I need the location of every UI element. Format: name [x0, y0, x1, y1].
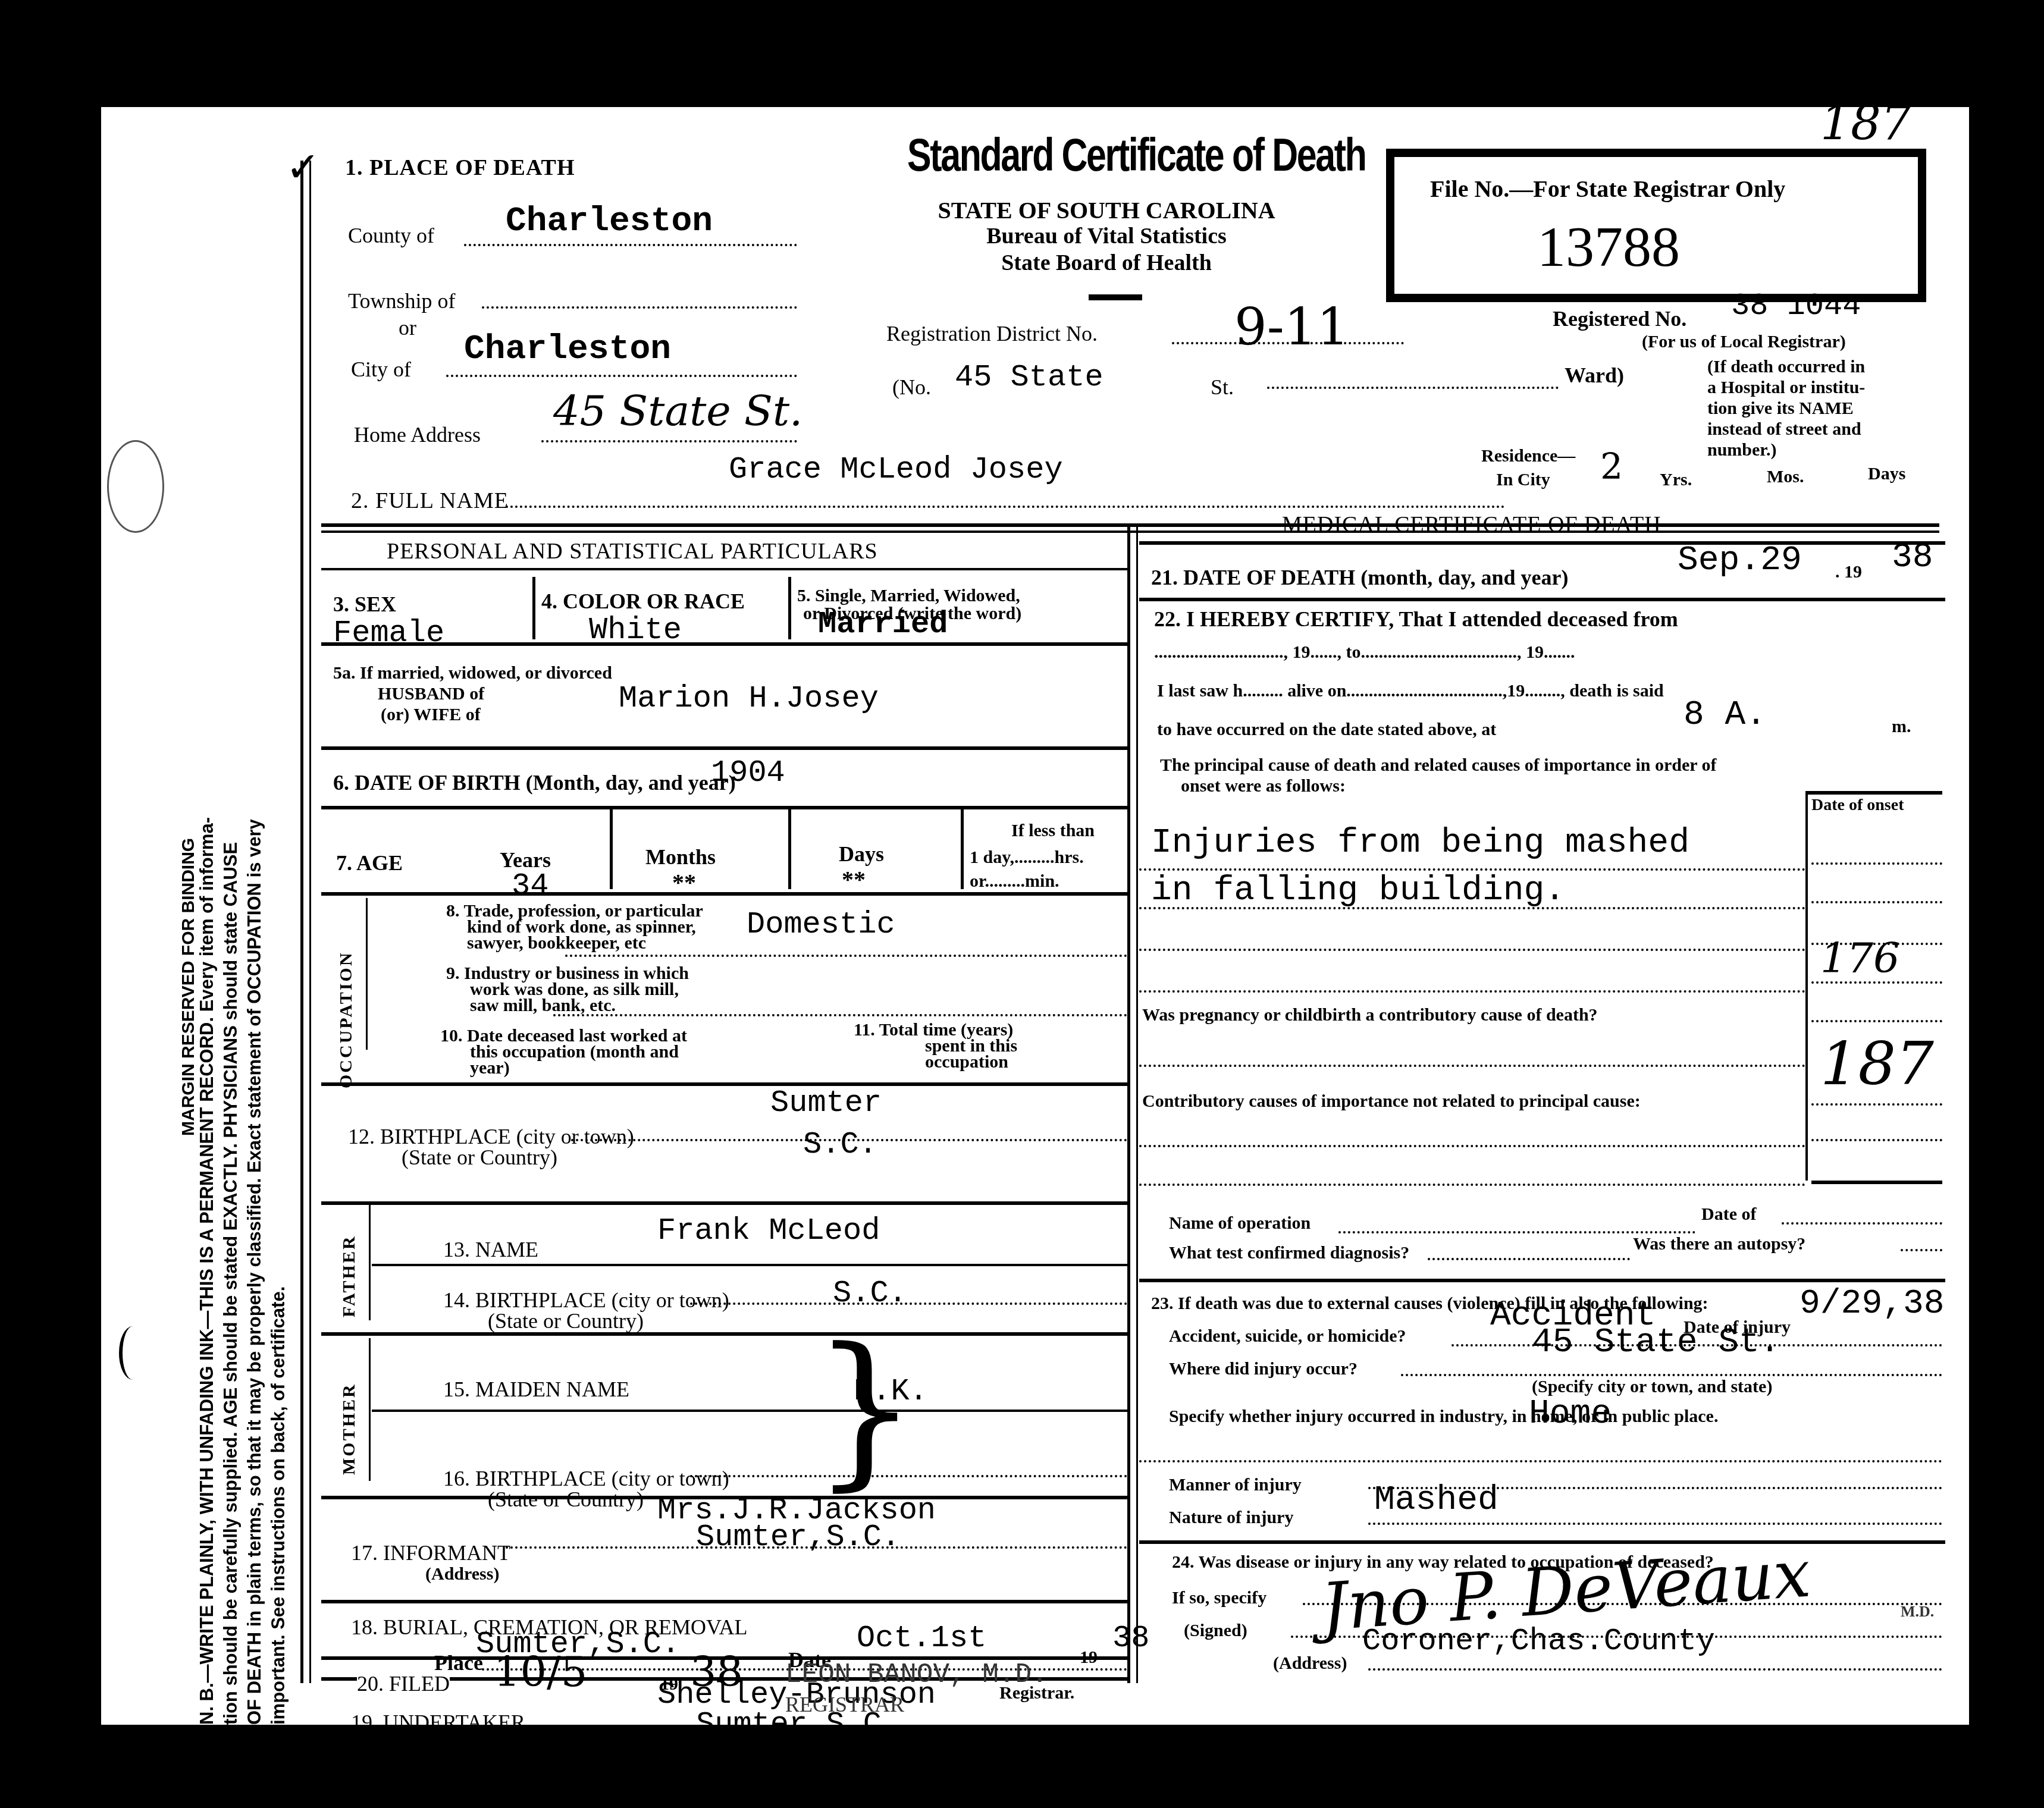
city-label: City of [351, 357, 411, 382]
cause-line-1-rule [1139, 868, 1805, 871]
onset-header: Date of onset [1811, 796, 1904, 815]
medical-title-rule [1139, 541, 1945, 545]
less-than-label-3: or.........min. [970, 871, 1059, 892]
onset-top-rule [1805, 791, 1942, 795]
informant-line [506, 1546, 1127, 1549]
title-underline [1089, 294, 1142, 300]
onset-line-2 [1811, 901, 1942, 903]
informant-label: 17. INFORMANT [351, 1540, 510, 1565]
injury-date-value: 9/29,38 [1800, 1285, 1945, 1323]
mother-birthplace-label-2: (State or Country) [488, 1487, 644, 1512]
operation-date-line [1782, 1222, 1942, 1225]
state-name: STATE OF SOUTH CAROLINA [898, 196, 1315, 224]
street-no-value: 45 State [955, 360, 1103, 395]
age-days-label: Days [839, 842, 884, 867]
nature-label: Nature of injury [1169, 1508, 1293, 1528]
column-divider [1127, 523, 1130, 1683]
ward-line [1267, 387, 1559, 389]
medical-section-title: MEDICAL CERTIFICATE OF DEATH [1282, 511, 1661, 538]
onset-line-4 [1811, 981, 1942, 984]
registered-no-value: 38 1044 [1731, 288, 1861, 324]
home-address-value: 45 State St. [553, 387, 802, 435]
informant-address-label: (Address) [425, 1564, 499, 1584]
date-of-death-rule [1139, 598, 1945, 601]
margin-binding-note: MARGIN RESERVED FOR BINDING [178, 838, 199, 1136]
date-of-death-year-prefix: . 19 [1835, 562, 1862, 582]
cause-line-3-rule [1139, 949, 1805, 951]
pregnancy-rule [1139, 1065, 1805, 1067]
residence-years-value: 2 [1600, 446, 1623, 488]
age-divider-2 [788, 809, 791, 889]
certify-label: 22. I HEREBY CERTIFY, That I attended de… [1154, 607, 1678, 632]
bureau-name: Bureau of Vital Statistics [898, 223, 1315, 249]
file-number-label: File No.—For State Registrar Only [1430, 175, 1785, 203]
row-rule-7 [321, 892, 1127, 896]
total-time-label-3: occupation [925, 1052, 1008, 1072]
operation-section-rule [1139, 1279, 1945, 1282]
certify-line-2: ............................., 19......,… [1154, 642, 1575, 663]
registrar-stamp-title: REGISTRAR [785, 1692, 904, 1717]
marital-label-1: 5. Single, Married, Widowed, [797, 586, 1020, 606]
mother-side-label: MOTHER [339, 1383, 359, 1475]
date-of-death-year: 38 [1892, 538, 1933, 577]
autopsy-label: Was there an autopsy? [1633, 1234, 1805, 1254]
age-months-label: Months [645, 845, 716, 870]
manner-question-label: Accident, suicide, or homicide? [1169, 1326, 1406, 1346]
birthplace-label-2: (State or Country) [402, 1145, 557, 1170]
full-name-value: Grace McLeod Josey [729, 452, 1063, 487]
cause-line-4-rule [1139, 990, 1805, 993]
where-label: Where did injury occur? [1169, 1359, 1358, 1379]
test-line [1428, 1258, 1630, 1260]
row-rule-6 [321, 806, 1127, 809]
specify-city-note: (Specify city or town, and state) [1532, 1377, 1772, 1397]
county-label: County of [348, 223, 434, 248]
principal-cause-label-2: onset were as follows: [1181, 776, 1346, 796]
death-certificate: 187 MARGIN RESERVED FOR BINDING N. B.—WR… [101, 107, 1969, 1725]
sex-divider [532, 577, 535, 639]
if-so-label: If so, specify [1172, 1588, 1266, 1608]
page-annotation: 187 [1820, 95, 1911, 150]
mother-maiden-label: 15. MAIDEN NAME [443, 1377, 629, 1402]
age-label: 7. AGE [336, 850, 403, 875]
occupation-side-label: OCCUPATION [336, 951, 356, 1088]
margin-instruction-2: tion should be carefully supplied. AGE s… [220, 842, 242, 1725]
header-divider-2 [321, 531, 1939, 533]
hospital-note-1: (If death occurred in [1707, 357, 1865, 377]
margin-instruction-3: OF DEATH in plain terms, so that it may … [244, 819, 265, 1725]
burial-date-value: Oct.1st [857, 1621, 986, 1656]
father-name-label: 13. NAME [443, 1237, 538, 1262]
onset-annotation-1: 176 [1820, 934, 1900, 983]
pregnancy-label: Was pregnancy or childbirth a contributo… [1142, 1005, 1598, 1025]
county-value: Charleston [506, 202, 713, 241]
cause-line-2: in falling building. [1151, 871, 1565, 910]
age-years-value: 34 [512, 868, 548, 903]
hospital-note-4: instead of street and [1707, 419, 1861, 440]
street-no-prefix: (No. [892, 375, 931, 400]
nature-value: Mashed [1374, 1481, 1498, 1520]
street-suffix: St. [1211, 375, 1234, 400]
cause-line-1: Injuries from being mashed [1151, 824, 1689, 862]
hospital-note-3: tion give its NAME [1707, 398, 1854, 419]
trade-label-3: sawyer, bookkeeper, etc [467, 933, 646, 953]
mother-maiden-rule [372, 1410, 1127, 1412]
board-name: State Board of Health [898, 250, 1315, 276]
in-city-label: In City [1496, 470, 1550, 490]
ward-label: Ward) [1565, 363, 1624, 388]
operation-label: Name of operation [1169, 1213, 1311, 1233]
spouse-label-3: (or) WIFE of [381, 705, 481, 725]
birthplace-city-value: Sumter [770, 1085, 882, 1120]
dob-value: 1904 [711, 755, 785, 790]
less-than-label-2: 1 day,.........hrs. [970, 847, 1084, 868]
birthplace-state-value: S.C. [803, 1127, 877, 1162]
column-divider-inner [1136, 523, 1138, 1683]
where-line [1401, 1374, 1942, 1376]
time-suffix: m. [1892, 717, 1911, 737]
race-label: 4. COLOR OR RACE [541, 589, 745, 614]
mother-birthplace-line [690, 1475, 1127, 1477]
contributory-rule-1 [1139, 1145, 1805, 1147]
age-divider-3 [961, 809, 964, 889]
father-side-label: FATHER [339, 1235, 359, 1317]
certificate-title: Standard Certificate of Death [907, 128, 1366, 182]
punch-hole-top [107, 440, 164, 533]
registrar-label: Registrar. [999, 1683, 1074, 1703]
margin-instruction-4: important. See instructions on back, of … [268, 1286, 289, 1725]
date-of-death-label: 21. DATE OF DEATH (month, day, and year) [1151, 565, 1568, 590]
onset-line-1 [1811, 862, 1942, 865]
onset-column-divider [1805, 794, 1808, 1181]
onset-line-6 [1811, 1103, 1942, 1106]
contributory-label: Contributory causes of importance not re… [1142, 1091, 1641, 1112]
or-label: or [399, 315, 416, 340]
row-rule-informant [321, 1600, 1127, 1603]
mother-brace-icon: } [812, 1326, 918, 1493]
principal-cause-label-1: The principal cause of death and related… [1160, 755, 1717, 776]
marital-value: Married [818, 607, 948, 642]
signer-address-value: Coroner,Chas.County [1362, 1624, 1715, 1659]
father-side-divider [369, 1204, 371, 1320]
autopsy-line [1901, 1249, 1942, 1251]
filed-date-value: 10/5 [494, 1647, 587, 1696]
filed-year-prefix: 19 [660, 1674, 678, 1694]
residence-days-label: Days [1868, 464, 1905, 484]
registration-district-value: 9-11 [1234, 297, 1349, 357]
full-name-label: 2. FULL NAME [351, 488, 509, 514]
onset-line-5 [1811, 1020, 1942, 1022]
township-label: Township of [348, 288, 455, 313]
onset-annotation-2: 187 [1820, 1029, 1934, 1098]
row-rule-5a [321, 746, 1127, 750]
operation-line [1338, 1231, 1695, 1233]
city-line [446, 375, 797, 377]
informant-address-value: Sumter,S.C. [696, 1520, 900, 1555]
mother-side-divider [369, 1338, 371, 1481]
industry-label-3: saw mill, bank, etc. [470, 996, 616, 1016]
nature-rule [1139, 1540, 1945, 1544]
time-of-death-value: 8 A. [1684, 696, 1766, 734]
place-of-death-label: 1. PLACE OF DEATH [345, 155, 575, 181]
row-rule-occupation [321, 1082, 1127, 1086]
city-value: Charleston [464, 330, 671, 369]
father-birthplace-value: S.C. [833, 1276, 907, 1311]
contributory-rule-2 [1139, 1184, 1805, 1186]
mother-value: D.K. [854, 1374, 928, 1409]
specify-place-label: Specify whether injury occurred in indus… [1169, 1407, 1718, 1427]
occurred-label: to have occurred on the date stated abov… [1157, 720, 1496, 740]
nature-line [1368, 1523, 1942, 1525]
test-label: What test confirmed diagnosis? [1169, 1243, 1409, 1263]
manner-of-injury-label: Manner of injury [1169, 1475, 1302, 1495]
spouse-label-2: HUSBAND of [378, 684, 484, 704]
registration-district-label: Registration District No. [886, 321, 1098, 346]
undertaker-line [518, 1725, 1127, 1727]
home-address-label: Home Address [354, 422, 481, 447]
header-divider [321, 523, 1939, 527]
hospital-note-2: a Hospital or institu- [1707, 378, 1865, 398]
trade-line [565, 955, 1127, 957]
filed-label: 20. FILED [357, 1671, 450, 1696]
industry-line [553, 1014, 1127, 1016]
hospital-note-5: number.) [1707, 440, 1776, 460]
place-value: Home [1529, 1395, 1612, 1433]
form-left-border-inner [309, 161, 311, 1683]
father-birthplace-line [690, 1302, 1127, 1305]
form-left-border [300, 161, 303, 1683]
last-worked-label-3: year) [470, 1058, 510, 1078]
age-divider-1 [610, 809, 613, 889]
birthplace-line [571, 1139, 1127, 1141]
where-value: 45 State St. [1532, 1323, 1780, 1362]
residence-yrs-label: Yrs. [1660, 470, 1692, 490]
township-line [482, 306, 797, 309]
date-of-death-value: Sep.29 [1678, 541, 1802, 580]
registration-district-line [1172, 342, 1404, 344]
file-number-value: 13788 [1537, 214, 1680, 280]
county-line [464, 244, 797, 246]
race-divider [788, 577, 791, 639]
punch-hole-bottom [119, 1326, 146, 1380]
row-rule-father [321, 1332, 1127, 1336]
spouse-value: Marion H.Josey [619, 681, 879, 716]
age-days-value: ** [842, 865, 866, 893]
local-registrar-note: (For us of Local Registrar) [1642, 332, 1846, 352]
sex-label: 3. SEX [333, 592, 396, 617]
residence-mos-label: Mos. [1767, 467, 1804, 487]
place-line [1139, 1460, 1942, 1462]
full-name-line [506, 506, 1505, 508]
less-than-label-1: If less than [1011, 821, 1095, 841]
father-name-rule [372, 1264, 1127, 1266]
row-rule-birthplace [321, 1201, 1127, 1205]
home-address-line [541, 440, 797, 442]
margin-instruction-1: N. B.—WRITE PLAINLY, WITH UNFADING INK—T… [196, 817, 218, 1725]
undertaker-label: 19. UNDERTAKER [351, 1710, 525, 1735]
father-birthplace-label-2: (State or Country) [488, 1308, 644, 1333]
personal-section-title: PERSONAL AND STATISTICAL PARTICULARS [387, 538, 878, 564]
registered-no-label: Registered No. [1553, 306, 1686, 331]
operation-date-label: Date of [1701, 1204, 1756, 1225]
occupation-side-divider [366, 898, 368, 1050]
spouse-label-1: 5a. If married, widowed, or divorced [333, 663, 612, 683]
onset-bottom-rule [1811, 1181, 1942, 1184]
residence-label: Residence— [1481, 446, 1575, 466]
last-saw-label: I last saw h......... alive on..........… [1157, 681, 1664, 701]
signed-label: (Signed) [1184, 1621, 1247, 1641]
onset-line-7 [1811, 1139, 1942, 1141]
suffix-mark: M.D. [1901, 1603, 1934, 1621]
burial-year-value: 38 [1112, 1621, 1149, 1656]
cause-line-2-rule [1139, 907, 1805, 909]
dob-label: 6. DATE OF BIRTH (Month, day, and year) [333, 770, 736, 795]
personal-title-rule [321, 568, 1127, 570]
row-rule-3 [321, 642, 1127, 646]
filed-year-value: 38 [690, 1647, 743, 1696]
signer-address-label: (Address) [1273, 1653, 1347, 1674]
signer-address-line [1368, 1668, 1942, 1671]
file-number-box: File No.—For State Registrar Only 13788 [1386, 149, 1926, 302]
trade-value: Domestic [747, 907, 895, 942]
undertaker-address-label: (Address) [425, 1734, 499, 1754]
father-name-value: Frank McLeod [657, 1213, 880, 1248]
